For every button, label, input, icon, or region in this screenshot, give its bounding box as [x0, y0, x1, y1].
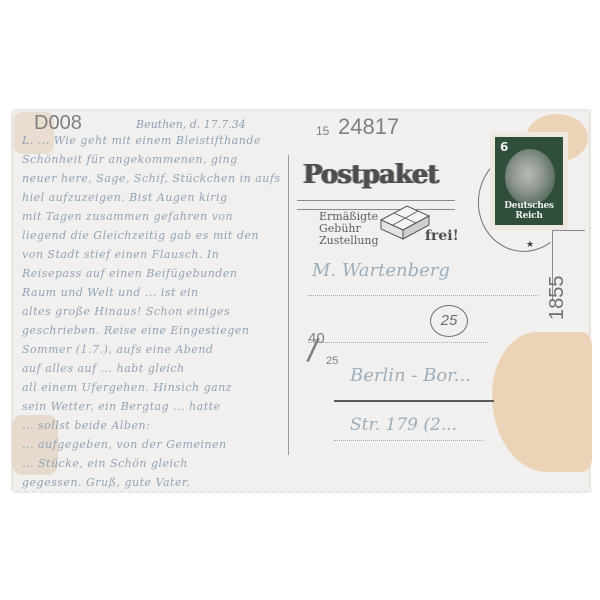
message-line: Reisepass auf einen Beifügebunden	[22, 267, 237, 280]
archive-number-prefix: 15	[316, 124, 329, 138]
stamp-denomination: 6	[500, 140, 508, 154]
message-line: von Stadt stief einen Flausch. In	[22, 248, 219, 261]
message-line: Sommer (1.7.), aufs eine Abend	[22, 343, 213, 356]
inventory-number: D008	[34, 112, 82, 135]
sender-dateline: Beuthen, d. 17.7.34	[136, 118, 246, 131]
message-line: L. ... Wie geht mit einem Bleistifthande	[22, 134, 261, 147]
postmark-title: Postpaket	[303, 160, 438, 190]
message-line: hiel aufzuzeigen. Bist Augen kirig	[22, 191, 228, 204]
address-dotline-2	[308, 342, 488, 343]
address-underline	[334, 400, 494, 402]
postmark-line-3: Zustellung	[319, 234, 379, 247]
address-line-2: Berlin - Bor...	[350, 365, 471, 386]
cancel-star-icon: ★	[526, 240, 534, 250]
portrait-medallion-icon	[505, 149, 555, 205]
postcard-back: D008 15 24817 Beuthen, d. 17.7.34 L. ...…	[12, 110, 590, 492]
message-line: altes große Hinaus! Schon einiges	[22, 305, 230, 318]
message-line: auf alles auf ... habt gleich	[22, 362, 185, 375]
message-line: gegessen. Gruß, gute Vater.	[22, 476, 190, 489]
fraction-bottom: 25	[326, 355, 338, 367]
address-line-3: Str. 179 (2...	[350, 415, 457, 435]
postage-stamp: 6 Deutsches Reich	[490, 132, 568, 230]
stamp-country: Deutsches Reich	[495, 201, 563, 221]
address-line-1: M. Wartenberg	[312, 260, 450, 281]
stamp-face: 6 Deutsches Reich	[495, 137, 563, 225]
message-line: ... Stücke, ein Schön gleich	[22, 457, 188, 470]
message-line: ... sollst beide Alben:	[22, 419, 150, 432]
message-line: neuer here, Sage, Schif, Stückchen in au…	[22, 172, 281, 185]
message-line: Raum und Welt und ... ist ein	[22, 286, 199, 299]
message-line: all einem Ufergehen. Hinsich ganz	[22, 381, 232, 394]
message-line: ... aufgegeben, von der Gemeinen	[22, 438, 227, 451]
side-number: 1855	[546, 276, 569, 321]
address-dotline-1	[308, 295, 538, 296]
message-line: sein Wetter, ein Bergtag ... hatte	[22, 400, 221, 413]
slogan-postmark: Postpaket Ermäßigte Gebühr Zustellung fr…	[297, 160, 457, 260]
message-line: Schönheit für angekommenen, ging	[22, 153, 238, 166]
postmark-slogan-end: frei!	[425, 228, 459, 244]
circled-number: 25	[430, 305, 468, 337]
message-line: geschrieben. Reise eine Eingestiegen	[22, 324, 249, 337]
glue-stain-bottom-right	[492, 332, 592, 472]
message-line: mit Tagen zusammen gefahren von	[22, 210, 233, 223]
card-divider-line	[288, 155, 289, 455]
archive-number: 24817	[338, 114, 399, 140]
address-dotline-3	[334, 440, 484, 441]
message-line: liegend die Gleichzeitig gab es mit den	[22, 229, 259, 242]
